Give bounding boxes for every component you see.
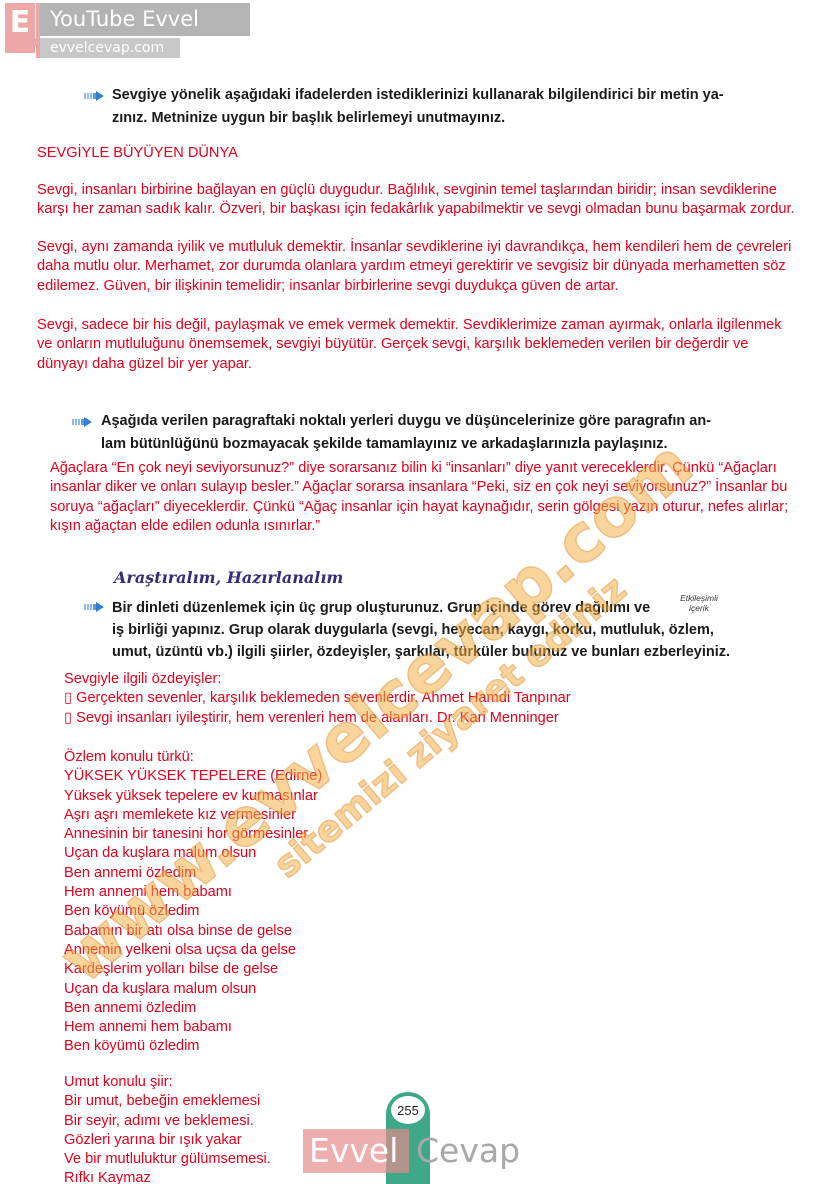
text-line: Ve bir mutluluktur gülümsemesi. [64,1150,271,1169]
bottom-logo-evvel: Evvel [303,1129,409,1173]
text-line: Babamın bir atı olsa binse de gelse [64,922,322,941]
text-line: Ben köyümü özledim [64,1037,322,1056]
text-line: Gözleri yarına bir ışık yakar [64,1131,271,1150]
text-line: Yüksek yüksek tepelere ev kurmasınlar [64,787,322,806]
list-item: ▯ Gerçekten sevenler, karşılık beklemede… [64,689,571,708]
quotes-block: Sevgiyle ilgili özdeyişler: ▯ Gerçekten … [64,670,571,728]
text-line: Bir umut, bebeğin emeklemesi [64,1092,271,1111]
site-url: evvelcevap.com [40,38,180,58]
turku-lines: YÜKSEK YÜKSEK TEPELERE (Edirne)Yüksek yü… [64,767,322,1056]
poem-block: Umut konulu şiir: Bir umut, bebeğin emek… [64,1073,271,1184]
section-title: Araştıralım, Hazırlanalım [114,568,343,587]
essay-paragraph-2: Sevgi, aynı zamanda iyilik ve mutluluk d… [37,238,791,296]
essay-paragraph-3: Sevgi, sadece bir his değil, paylaşmak v… [37,316,782,374]
text-line: Uçan da kuşlara malum olsun [64,844,322,863]
text-line: Hem annemi hem babamı [64,883,322,902]
arrow-right-icon [84,91,104,101]
text-line: Ben annemi özledim [64,864,322,883]
text-line: Kardeşlerim yolları bilse de gelse [64,960,322,979]
evvel-logo-icon: E [5,3,35,53]
text-line: Rıfkı Kaymaz [64,1169,271,1184]
text-line: Annemin yelkeni olsa uçsa da gelse [64,941,322,960]
page-number: 255 [391,1096,425,1124]
text-line: Ben annemi özledim [64,999,322,1018]
bullet-icon: ▯ [64,710,72,726]
task1-instruction: Sevgiye yönelik aşağıdaki ifadelerden is… [112,84,752,130]
turku-block: Özlem konulu türkü: YÜKSEK YÜKSEK TEPELE… [64,748,322,1057]
list-item: ▯ Sevgi insanları iyileştirir, hem veren… [64,709,571,728]
text-line: YÜKSEK YÜKSEK TEPELERE (Edirne) [64,767,322,786]
essay-title: SEVGİYLE BÜYÜYEN DÜNYA [37,144,238,163]
text-line: Bir seyir, adımı ve beklemesi. [64,1112,271,1131]
poem-lines: Bir umut, bebeğin emeklemesiBir seyir, a… [64,1092,271,1184]
text-line: Ben köyümü özledim [64,902,322,921]
arrow-right-icon [84,602,104,612]
essay-paragraph-1: Sevgi, insanları birbirine bağlayan en g… [37,181,795,220]
channel-name: YouTube Evvel Cevap [40,3,250,36]
task2-answer: Ağaçlara “En çok neyi seviyorsunuz?” diy… [50,459,788,536]
bullet-icon: ▯ [64,690,72,706]
task2-instruction: Aşağıda verilen paragraftaki noktalı yer… [101,410,741,456]
text-line: Aşrı aşrı memlekete kız vermesinler [64,806,322,825]
arrow-right-icon [72,417,92,427]
text-line: Uçan da kuşlara malum olsun [64,980,322,999]
text-line: Annesinin bir tanesini hor görmesinler [64,825,322,844]
bottom-logo-cevap: Cevap [416,1129,520,1173]
text-line: Hem annemi hem babamı [64,1018,322,1037]
task3-instruction: Bir dinleti düzenlemek için üç grup oluş… [112,597,752,663]
